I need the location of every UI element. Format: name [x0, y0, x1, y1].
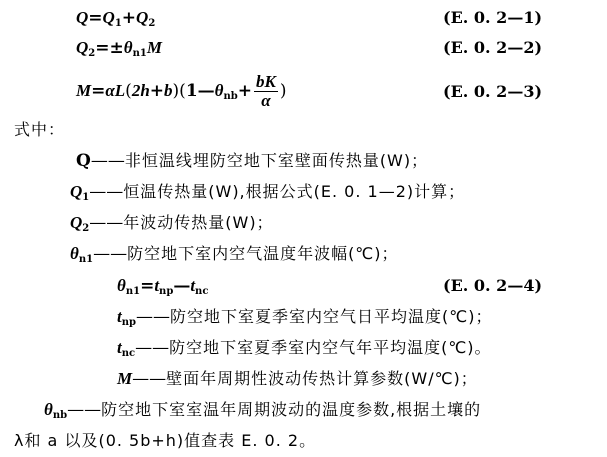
- def-symbol: Q: [76, 151, 91, 171]
- plus-sign: +: [150, 81, 164, 101]
- symbol-alpha: α: [105, 81, 114, 100]
- subscript: n1: [126, 286, 140, 297]
- fraction: bKα: [254, 73, 278, 110]
- term-2h: 2h: [132, 81, 150, 100]
- subscript: 2: [148, 18, 155, 29]
- equation-e024: θn1=tnp—tnc: [117, 276, 208, 302]
- def-text: 年波动传热量(W)；: [123, 213, 273, 232]
- def-symbol: M: [117, 369, 132, 388]
- fraction-numerator: bK: [254, 73, 278, 92]
- subscript: n1: [79, 254, 93, 265]
- paren: (: [125, 81, 132, 101]
- equals-sign: =: [95, 38, 109, 58]
- definition-q1: Q1——恒温传热量(W),根据公式(E. 0. 1—2)计算；: [70, 182, 465, 208]
- minus-sign: —: [173, 276, 190, 296]
- definition-q2: Q2——年波动传热量(W)；: [70, 213, 274, 239]
- equation-number: (E. 0. 2—4): [443, 276, 542, 296]
- def-symbol: θ: [44, 400, 53, 419]
- plus-sign: +: [238, 81, 252, 101]
- paren: ): [280, 81, 287, 101]
- symbol-b: b: [164, 81, 173, 100]
- symbol-q2: Q: [76, 38, 88, 57]
- symbol-q1: Q: [103, 8, 115, 27]
- definition-m: M——壁面年周期性波动传热计算参数(W/℃)；: [117, 369, 478, 389]
- def-text: 防空地下室夏季室内空气日平均温度(℃)；: [170, 307, 492, 326]
- def-symbol: Q: [70, 182, 82, 201]
- subscript: np: [122, 317, 136, 328]
- em-dash: ——: [93, 244, 127, 264]
- em-dash: ——: [89, 182, 123, 202]
- em-dash: ——: [91, 151, 125, 171]
- def-text: 壁面年周期性波动传热计算参数(W/℃)；: [166, 369, 478, 388]
- definition-t-np: tnp——防空地下室夏季室内空气日平均温度(℃)；: [117, 307, 492, 333]
- em-dash: ——: [135, 338, 169, 358]
- subscript: n1: [133, 48, 147, 59]
- def-text: 防空地下室夏季室内空气年平均温度(℃)。: [169, 338, 491, 357]
- symbol-q2: Q: [136, 8, 148, 27]
- equation-e022: Q2=±θn1M: [76, 38, 162, 64]
- equation-number: (E. 0. 2—3): [443, 82, 542, 102]
- equals-sign: =: [88, 8, 102, 28]
- def-text: 防空地下室内空气温度年波幅(℃)；: [127, 244, 398, 263]
- subscript: nc: [122, 348, 135, 359]
- symbol-l: L: [115, 81, 125, 100]
- minus-sign: —: [198, 81, 215, 101]
- subscript: nc: [195, 286, 208, 297]
- subscript: nb: [223, 91, 237, 102]
- continuation-text: λ和 a 以及(0. 5b+h)值查表 E. 0. 2。: [14, 431, 316, 451]
- subscript: np: [159, 286, 173, 297]
- def-symbol: Q: [70, 213, 82, 232]
- em-dash: ——: [136, 307, 170, 327]
- plus-sign: +: [122, 8, 136, 28]
- definition-t-nc: tnc——防空地下室夏季室内空气年平均温度(℃)。: [117, 338, 492, 364]
- plus-minus-sign: ±: [110, 38, 124, 58]
- equals-sign: =: [91, 81, 105, 101]
- definition-theta-nb: θnb——防空地下室室温年周期波动的温度参数,根据土壤的: [44, 400, 481, 426]
- equals-sign: =: [140, 276, 154, 296]
- fraction-denominator: α: [254, 92, 278, 110]
- equation-e021: Q=Q1+Q2: [76, 8, 155, 34]
- where-label: 式中：: [14, 120, 65, 140]
- definition-q: Q——非恒温线埋防空地下室壁面传热量(W)；: [76, 151, 428, 171]
- symbol-m: M: [76, 81, 91, 100]
- def-text: 非恒温线埋防空地下室壁面传热量(W)；: [125, 151, 428, 170]
- paren: (: [179, 81, 186, 101]
- equation-number: (E. 0. 2—2): [443, 38, 542, 58]
- em-dash: ——: [132, 369, 166, 389]
- def-text: 防空地下室室温年周期波动的温度参数,根据土壤的: [101, 400, 481, 419]
- equation-number: (E. 0. 2—1): [443, 8, 542, 28]
- symbol-theta: θ: [117, 276, 126, 295]
- symbol-q: Q: [76, 8, 88, 27]
- definition-theta-n1: θn1——防空地下室内空气温度年波幅(℃)；: [70, 244, 399, 270]
- def-text: 恒温传热量(W),根据公式(E. 0. 1—2)计算；: [123, 182, 465, 201]
- def-symbol: θ: [70, 244, 79, 263]
- em-dash: ——: [89, 213, 123, 233]
- equation-e023: M=αL(2h+b)(1—θnb+bKα): [76, 72, 286, 116]
- subscript: 1: [115, 18, 122, 29]
- one: 1: [186, 81, 198, 101]
- em-dash: ——: [67, 400, 101, 420]
- subscript: nb: [53, 410, 67, 421]
- symbol-m: M: [147, 38, 162, 57]
- symbol-theta: θ: [124, 38, 133, 57]
